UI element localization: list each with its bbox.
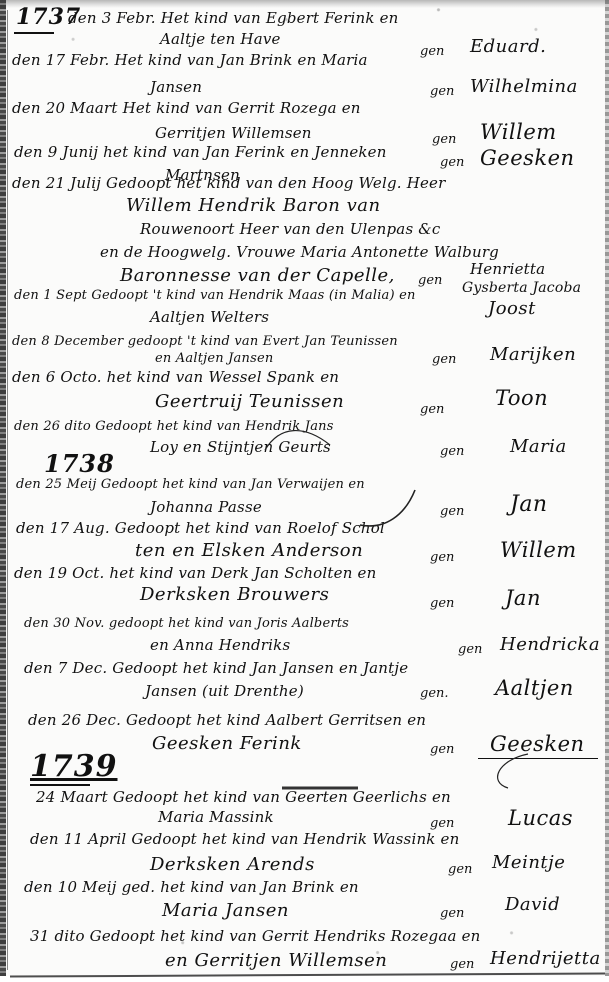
entry-12-child-name: Jan [505,588,541,609]
entry-14-gen: gen. [420,686,449,701]
entry-13-line-1: den 30 Nov. gedoopt het kind van Joris A… [24,617,349,630]
entry-14-line-2: Jansen (uit Drenthe) [145,684,304,699]
entry-8-child-name: Toon [495,388,548,409]
entry-19-gen: gen [450,957,474,972]
entry-2-gen: gen [430,84,454,99]
entry-9-line-1: den 26 dito Gedoopt het kind van Hendrik… [14,420,334,433]
entry-3-gen: gen [432,132,456,147]
year-underline [14,32,54,34]
entry-5-gen: gen [418,273,442,288]
entry-9-child-name: Maria [510,438,567,456]
entry-11-gen: gen [430,550,454,565]
entry-12-gen: gen [430,596,454,611]
entry-4-gen: gen [440,155,464,170]
entry-5-line-2: Willem Hendrik Baron van [126,197,381,215]
entry-5-line-1: den 21 Julij Gedoopt het kind van den Ho… [12,176,446,191]
entry-4-child-name: Geesken [480,148,575,169]
entry-9-gen: gen [440,444,464,459]
entry-18-line-1: den 10 Meij ged. het kind van Jan Brink … [24,880,359,895]
entry-15-child-name: Geesken [490,734,585,755]
entry-1-line-2: Aaltje ten Have [160,32,281,47]
entry-11-line-2: ten en Elsken Anderson [135,542,363,560]
entry-5-line-3: Rouwenoort Heer van den Ulenpas &c [140,222,440,237]
entry-16-line-1: 24 Maart Gedoopt het kind van Geerten Ge… [36,790,451,805]
page-edge-left [0,0,6,982]
page-edge-right [605,0,609,982]
entry-13-child-name: Hendricka [500,636,600,654]
entry-6-line-2: Aaltjen Welters [150,310,269,325]
entry-19-child-name: Hendrijetta [490,950,601,968]
entry-15-line-2: Geesken Ferink [152,735,302,753]
entry-2-line-1: den 17 Febr. Het kind van Jan Brink en M… [12,53,368,68]
entry-14-child-name: Aaltjen [495,678,574,699]
entry-16-line-2: Maria Massink [158,810,274,825]
entry-18-line-2: Maria Jansen [162,902,289,920]
entry-1-gen: gen [420,44,444,59]
entry-12-line-1: den 19 Oct. het kind van Derk Jan Scholt… [14,566,376,581]
entry-2-child-name: Wilhelmina [470,78,578,96]
child-name-underline [478,758,598,759]
entry-7-gen: gen [432,352,456,367]
entry-5-child-name-2: Gysberta Jacoba [462,281,581,295]
entry-16-gen: gen [430,816,454,831]
entry-6-line-1: den 1 Sept Gedoopt 't kind van Hendrik M… [14,289,416,302]
entry-10-gen: gen [440,504,464,519]
entry-8-gen: gen [420,402,444,417]
entry-8-line-2: Geertruij Teunissen [155,393,344,411]
year-marker-1739: 1739 [30,752,118,782]
entry-9-line-2: Loy en Stijntjen Geurts [150,440,331,455]
entry-17-child-name: Meintje [492,854,565,872]
entry-6-child-name: Joost [488,300,536,318]
entry-10-line-1: den 25 Meij Gedoopt het kind van Jan Ver… [16,478,365,491]
entry-19-line-1: 31 dito Gedoopt het kind van Gerrit Hend… [30,929,481,944]
entry-7-line-2: en Aaltjen Jansen [155,352,273,365]
entry-5-line-5: Baronnesse van der Capelle, [120,267,395,285]
entry-5-line-4: en de Hoogwelg. Vrouwe Maria Antonette W… [100,245,499,260]
entry-16-child-name: Lucas [508,808,573,829]
entry-3-line-2: Gerritjen Willemsen [155,126,312,141]
entry-13-line-2: en Anna Hendriks [150,638,290,653]
page-margin-line [7,10,8,970]
entry-8-line-1: den 6 Octo. het kind van Wessel Spank en [12,370,339,385]
entry-11-child-name: Willem [500,540,577,561]
entry-17-line-2: Derksken Arends [150,856,315,874]
entry-12-line-2: Derksken Brouwers [140,586,329,604]
entry-1-line-1: den 3 Febr. Het kind van Egbert Ferink e… [68,11,399,26]
entry-1-child-name: Eduard. [470,38,546,56]
entry-14-line-1: den 7 Dec. Gedoopt het kind Jan Jansen e… [24,661,408,676]
entry-18-child-name: David [505,896,560,914]
entry-17-line-1: den 11 April Gedoopt het kind van Hendri… [30,832,460,847]
entry-3-child-name: Willem [480,122,557,143]
entry-18-gen: gen [440,906,464,921]
entry-3-line-1: den 20 Maart Het kind van Gerrit Rozega … [12,101,361,116]
entry-15-gen: gen [430,742,454,757]
entry-11-line-1: den 17 Aug. Gedoopt het kind van Roelof … [16,521,385,536]
register-page: 1737 den 3 Febr. Het kind van Egbert Fer… [0,0,609,982]
year-marker-1738: 1738 [44,452,115,476]
entry-4-line-1: den 9 Junij het kind van Jan Ferink en J… [14,145,387,160]
entry-15-line-1: den 26 Dec. Gedoopt het kind Aalbert Ger… [28,713,426,728]
entry-7-child-name: Marijken [490,346,576,364]
entry-5-child-name-1: Henrietta [470,262,545,277]
entry-7-line-1: den 8 December gedoopt 't kind van Evert… [12,335,398,348]
entry-17-gen: gen [448,862,472,877]
year-underline-1739 [30,784,90,786]
entry-2-line-2: Jansen [150,80,202,95]
page-edge-top [0,0,609,8]
entry-10-line-2: Johanna Passe [150,500,262,515]
entry-13-gen: gen [458,642,482,657]
entry-10-child-name: Jan [510,494,548,516]
entry-19-line-2: en Gerritjen Willemsen [165,952,387,970]
